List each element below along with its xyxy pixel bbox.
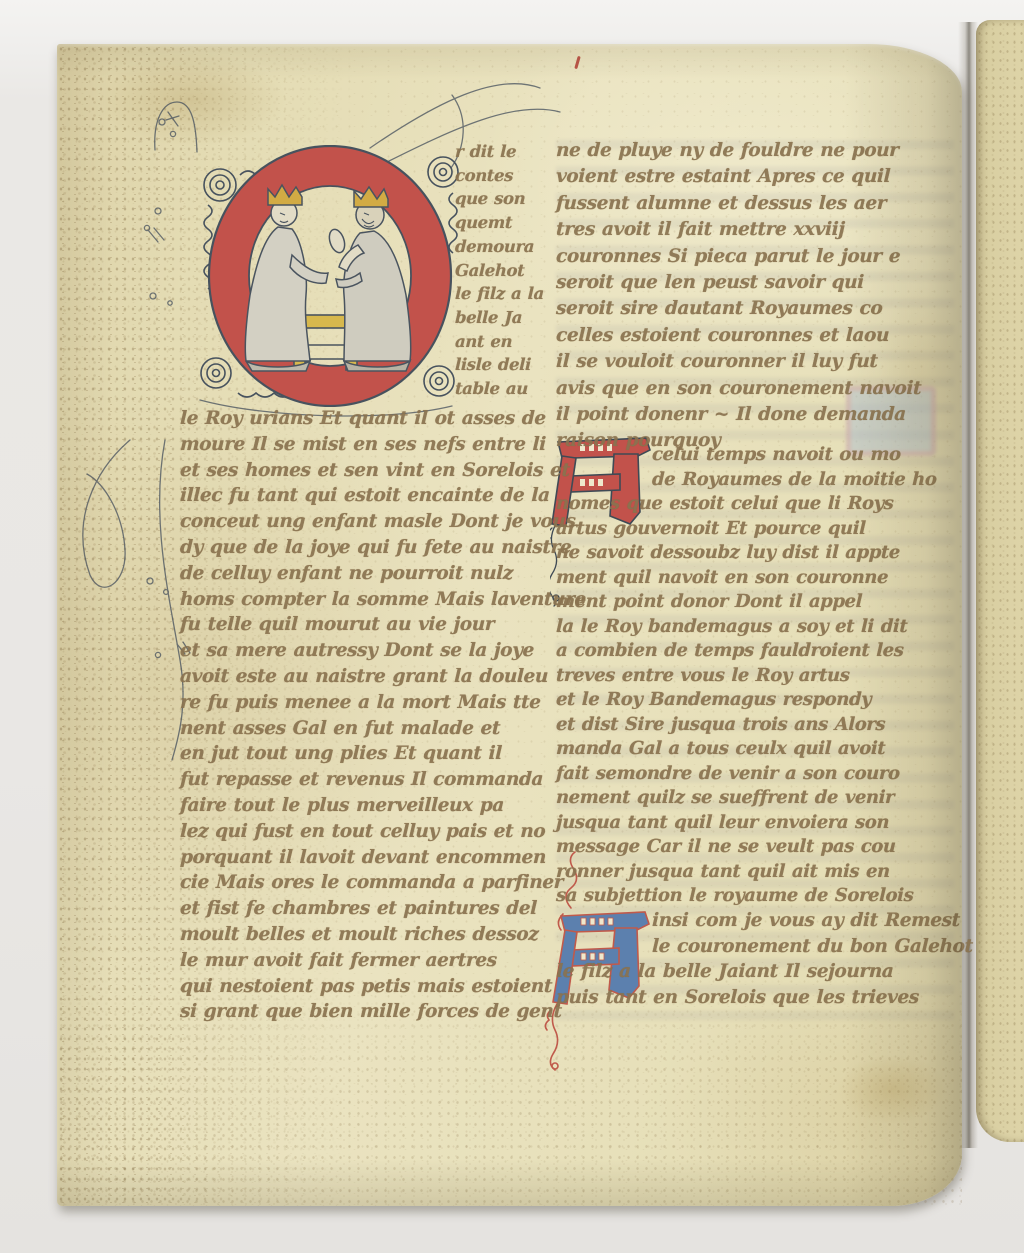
- stain-top-left: [97, 52, 287, 147]
- manuscript-text-line: jusqua tant quil leur envoiera son: [556, 811, 937, 836]
- manuscript-text-line: ne de pluye ny de fouldre ne pour: [556, 138, 922, 164]
- manuscript-text-line: celles estoient couronnes et laou: [556, 323, 922, 349]
- manuscript-text-line: fu telle quil mourut au vie jour: [180, 612, 587, 638]
- red-pen-mark: [574, 56, 580, 69]
- manuscript-text-line: le mur avoit fait fermer aertres: [180, 948, 587, 974]
- manuscript-text-line: dy que de la joye qui fu fete au naistre: [180, 535, 587, 561]
- manuscript-text-line: sa subjettion le royaume de Sorelois: [556, 884, 937, 909]
- facing-page-edge: [976, 20, 1024, 1142]
- manuscript-text-line: le Roy urians Et quant il ot asses de: [180, 406, 587, 432]
- manuscript-text-line: manda Gal a tous ceulx quil avoit: [556, 737, 937, 762]
- manuscript-text-line: et dist Sire jusqua trois ans Alors: [556, 713, 937, 738]
- manuscript-text-line: ne savoit dessoubz luy dist il appte: [556, 541, 937, 566]
- manuscript-text-line: il se vouloit couronner il luy fut: [556, 349, 922, 375]
- manuscript-text-line: fait semondre de venir a son couro: [556, 762, 937, 787]
- manuscript-text-line: couronnes Si pieca parut le jour e: [556, 244, 922, 270]
- historiated-initial-o: [198, 145, 462, 407]
- manuscript-text-line: ronner jusqua tant quil ait mis en: [556, 860, 937, 885]
- manuscript-text-line: r dit le: [455, 140, 545, 164]
- photo-backdrop: r dit lecontesque sonquemtdemouraGalehot…: [0, 0, 1024, 1253]
- manuscript-text-line: le filz a la: [455, 282, 545, 306]
- stain-bottom-right: [837, 1054, 947, 1124]
- manuscript-text-line: fut repasse et revenus Il commanda: [180, 767, 587, 793]
- manuscript-text-line: que son: [455, 187, 545, 211]
- manuscript-text-line: moult belles et moult riches dessoz: [180, 922, 587, 948]
- manuscript-text-line: et sa mere autressy Dont se la joye: [180, 638, 587, 664]
- manuscript-text-line: celui temps navoit ou mo: [652, 443, 937, 468]
- manuscript-text-line: demoura: [455, 235, 545, 259]
- manuscript-text-line: lez qui fust en tout celluy pais et no: [180, 819, 587, 845]
- manuscript-text-line: illec fu tant qui estoit encainte de la: [180, 483, 587, 509]
- manuscript-text-line: et ses homes et sen vint en Sorelois et: [180, 458, 587, 484]
- right-column-paragraph-2: celui temps navoit ou mode Royaumes de l…: [556, 443, 937, 909]
- manuscript-text-line: la le Roy bandemagus a soy et li dit: [556, 615, 937, 640]
- manuscript-text-line: insi com je vous ay dit Remest: [652, 908, 974, 934]
- manuscript-text-line: fussent alumne et dessus les aer: [556, 191, 922, 217]
- manuscript-text-line: de Royaumes de la moitie ho: [652, 468, 937, 493]
- manuscript-text-line: artus gouvernoit Et pource quil: [556, 517, 937, 542]
- manuscript-text-line: moure Il se mist en ses nefs entre li: [180, 432, 587, 458]
- manuscript-text-line: seroit sire dautant Royaumes co: [556, 296, 922, 322]
- manuscript-text-line: treves entre vous le Roy artus: [556, 664, 937, 689]
- column-beside-initial: r dit lecontesque sonquemtdemouraGalehot…: [455, 140, 544, 401]
- manuscript-text-line: a combien de temps fauldroient les: [556, 639, 937, 664]
- manuscript-text-line: table au: [455, 377, 545, 401]
- manuscript-page: r dit lecontesque sonquemtdemouraGalehot…: [57, 44, 962, 1206]
- manuscript-text-line: Galehot: [455, 259, 545, 283]
- manuscript-text-line: homs compter la somme Mais laventure: [180, 587, 587, 613]
- manuscript-text-line: il point donenr ~ Il done demanda: [556, 402, 922, 428]
- manuscript-text-line: avoit este au naistre grant la douleu: [180, 664, 587, 690]
- manuscript-text-line: puis tant en Sorelois que les trieves: [556, 985, 974, 1011]
- manuscript-text-line: et fist fe chambres et paintures del: [180, 896, 587, 922]
- manuscript-text-line: faire tout le plus merveilleux pa: [180, 793, 587, 819]
- manuscript-text-line: et le Roy Bandemagus respondy: [556, 688, 937, 713]
- manuscript-text-line: contes: [455, 164, 545, 188]
- manuscript-text-line: message Car il ne se veult pas cou: [556, 835, 937, 860]
- manuscript-text-line: seroit que len peust savoir qui: [556, 270, 922, 296]
- right-column-paragraph-1: ne de pluye ny de fouldre ne pourvoient …: [556, 138, 921, 455]
- manuscript-text-line: re fu puis menee a la mort Mais tte: [180, 690, 587, 716]
- manuscript-text-line: nement quilz se sueffrent de venir: [556, 786, 937, 811]
- manuscript-text-line: le filz a la belle Jaiant Il sejourna: [556, 959, 974, 985]
- manuscript-text-line: belle Ja: [455, 306, 545, 330]
- manuscript-text-line: ment quil navoit en son couronne: [556, 566, 937, 591]
- manuscript-text-line: nomes que estoit celui que li Roys: [556, 492, 937, 517]
- manuscript-text-line: lisle deli: [455, 353, 545, 377]
- manuscript-text-line: porquant il lavoit devant encommen: [180, 845, 587, 871]
- manuscript-text-line: ant en: [455, 330, 545, 354]
- manuscript-text-line: le couronement du bon Galehot: [652, 934, 974, 960]
- manuscript-text-line: de celluy enfant ne pourroit nulz: [180, 561, 587, 587]
- manuscript-text-line: tres avoit il fait mettre xxviij: [556, 217, 922, 243]
- manuscript-text-line: si grant que bien mille forces de gent: [180, 999, 587, 1025]
- manuscript-text-line: ment point donor Dont il appel: [556, 590, 937, 615]
- manuscript-text-line: cie Mais ores le commanda a parfiner: [180, 870, 587, 896]
- manuscript-text-line: conceut ung enfant masle Dont je vous: [180, 509, 587, 535]
- manuscript-text-line: voient estre estaint Apres ce quil: [556, 164, 922, 190]
- left-column: le Roy urians Et quant il ot asses demou…: [180, 406, 586, 1025]
- manuscript-text-line: en jut tout ung plies Et quant il: [180, 741, 587, 767]
- manuscript-text-line: avis que en son couronement navoit: [556, 376, 922, 402]
- manuscript-text-line: qui nestoient pas petis mais estoient: [180, 974, 587, 1000]
- right-column-paragraph-3: insi com je vous ay dit Remestle courone…: [556, 908, 973, 1010]
- manuscript-text-line: nent asses Gal en fut malade et: [180, 716, 587, 742]
- manuscript-text-line: quemt: [455, 211, 545, 235]
